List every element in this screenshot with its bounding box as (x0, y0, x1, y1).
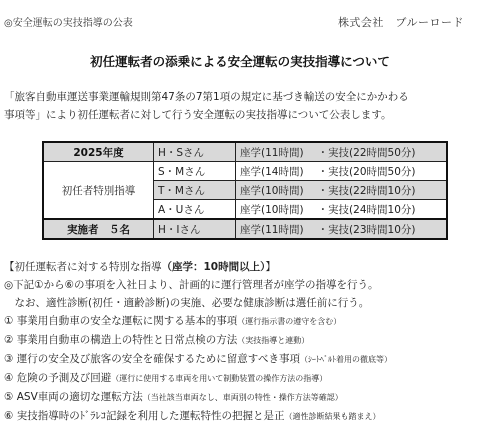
table-row: 2025年度 H・Sさん 座学(11時間)・実技(22時間50分) (43, 142, 447, 162)
company-name: 株式会社 ブルーロード (338, 14, 464, 30)
instruction-record-table: 2025年度 H・Sさん 座学(11時間)・実技(22時間50分) 初任者特別指… (42, 141, 448, 240)
list-item: ② 事業用自動車の構造上の特性と日常点検の方法（実技指導と連動） (4, 331, 478, 350)
item-note: （ｼｰﾄﾍﾞﾙﾄ着用の徹底等） (300, 355, 392, 364)
trainee-name: T・Mさん (154, 181, 236, 200)
heading-hours: （座学：10時間以上） (162, 261, 266, 273)
list-item: ③ 運行の安全及び旅客の安全を確保するために留意すべき事項（ｼｰﾄﾍﾞﾙﾄ着用の… (4, 350, 478, 369)
intro-line-2: 事項等」により初任運転者に対して行う安全運転の実技指導について公表します。 (4, 106, 476, 124)
training-hours: 座学(14時間)・実技(20時間50分) (236, 162, 448, 181)
item-main: ④ 危険の予測及び回避 (4, 372, 111, 384)
year-cell: 2025年度 (43, 142, 154, 162)
practical-hours: ・実技(22時間50分) (318, 147, 416, 159)
list-item: ⑤ ASV車両の適切な運転方法（当社該当車両なし、車両別の特性・操作方法等確認） (4, 388, 478, 407)
trainee-name: S・Mさん (154, 162, 236, 181)
note-line-1: ◎下記①から⑥の事項を入社日より、計画的に運行管理者が座学の指導を行う。 (4, 276, 478, 294)
list-item: ① 事業用自動車の安全な運転に関する基本的事項（運行指示書の遵守を含む） (4, 312, 478, 331)
section-heading: 【初任運転者に対する特別な指導（座学：10時間以上）】 (4, 258, 478, 276)
table-row: 初任者特別指導 S・Mさん 座学(14時間)・実技(20時間50分) (43, 162, 447, 181)
practical-hours: ・実技(24時間10分) (318, 204, 416, 216)
trainee-name: A・Uさん (154, 200, 236, 220)
item-main: ② 事業用自動車の構造上の特性と日常点検の方法 (4, 334, 237, 346)
section-label: ◎安全運転の実技指導の公表 (4, 14, 133, 29)
item-note: （当社該当車両なし、車両別の特性・操作方法等確認） (143, 393, 343, 402)
classroom-hours: 座学(10時間) (240, 185, 304, 197)
page-title: 初任運転者の添乗による安全運転の実技指導について (0, 52, 480, 70)
item-main: ⑥ 実技指導時のﾄﾞﾗﾚｺ記録を利用した運転特性の把握と是正 (4, 410, 285, 422)
list-item: ④ 危険の予測及び回避（運行に使用する車両を用いて制動装置の操作方法の指導） (4, 369, 478, 388)
heading-bracket: 】 (265, 261, 276, 273)
classroom-hours: 座学(11時間) (240, 147, 304, 159)
item-main: ⑤ ASV車両の適切な運転方法 (4, 391, 143, 403)
note-line-2: なお、適性診断(初任・適齢診断)の実施、必要な健康診断は選任前に行う。 (4, 294, 478, 312)
item-note: （運行に使用する車両を用いて制動装置の操作方法の指導） (111, 374, 327, 383)
item-note: （運行指示書の遵守を含む） (237, 317, 341, 326)
table-row: 実施者 ５名 H・Iさん 座学(11時間)・実技(23時間10分) (43, 219, 447, 239)
classroom-hours: 座学(10時間) (240, 204, 304, 216)
category-cell: 初任者特別指導 (43, 162, 154, 220)
intro-line-1: 「旅客自動車運送事業運輸規則第47条の7第1項の規定に基づき輸送の安全にかかわる (4, 88, 476, 106)
trainee-name: H・Sさん (154, 142, 236, 162)
total-cell: 実施者 ５名 (43, 219, 154, 239)
training-hours: 座学(10時間)・実技(24時間10分) (236, 200, 448, 220)
training-hours: 座学(11時間)・実技(22時間50分) (236, 142, 448, 162)
trainee-name: H・Iさん (154, 219, 236, 239)
heading-text: 【初任運転者に対する特別な指導 (4, 261, 162, 273)
training-hours: 座学(11時間)・実技(23時間10分) (236, 219, 448, 239)
special-guidance-section: 【初任運転者に対する特別な指導（座学：10時間以上）】 ◎下記①から⑥の事項を入… (4, 258, 478, 426)
intro-paragraph: 「旅客自動車運送事業運輸規則第47条の7第1項の規定に基づき輸送の安全にかかわる… (4, 88, 476, 124)
classroom-hours: 座学(11時間) (240, 224, 304, 236)
item-main: ① 事業用自動車の安全な運転に関する基本的事項 (4, 315, 237, 327)
list-item: ⑥ 実技指導時のﾄﾞﾗﾚｺ記録を利用した運転特性の把握と是正（適性診断結果も踏ま… (4, 407, 478, 426)
training-hours: 座学(10時間)・実技(22時間10分) (236, 181, 448, 200)
item-main: ③ 運行の安全及び旅客の安全を確保するために留意すべき事項 (4, 353, 300, 365)
item-note: （実技指導と連動） (237, 336, 309, 345)
classroom-hours: 座学(14時間) (240, 166, 304, 178)
practical-hours: ・実技(20時間50分) (318, 166, 416, 178)
practical-hours: ・実技(22時間10分) (318, 185, 416, 197)
practical-hours: ・実技(23時間10分) (318, 224, 416, 236)
item-note: （適性診断結果も踏まえ） (285, 412, 381, 421)
